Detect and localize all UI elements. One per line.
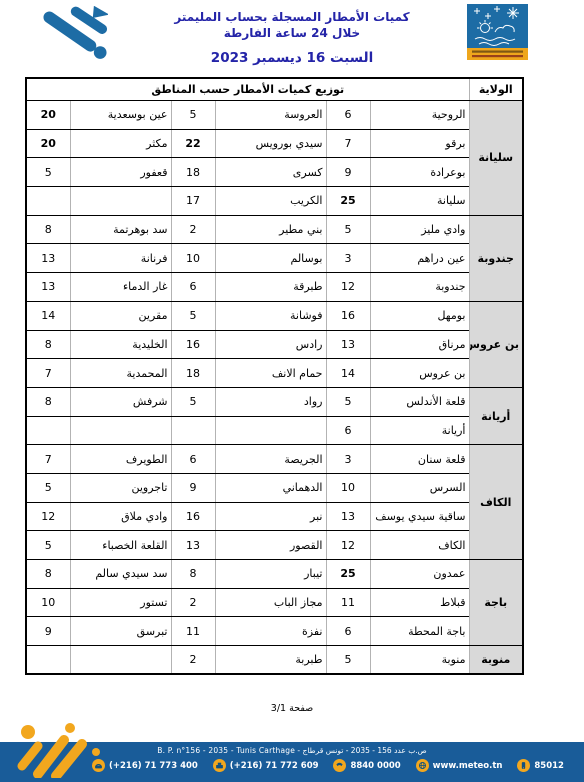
rain-value-cell [26,646,70,675]
rain-value-cell: 8 [26,330,70,359]
rain-value-cell: 18 [171,158,215,187]
region-name-cell: رادس [215,330,326,359]
rain-value-cell: 17 [171,187,215,216]
contact-item: www.meteo.tn [416,759,503,772]
table-row: ساقية سيدي يوسف13نبر16وادي ملاق12 [26,502,523,531]
region-name-cell: قلعة الأندلس [370,387,469,416]
wilaya-cell: جندوبة [469,215,523,301]
region-name-cell: فوشانة [215,301,326,330]
region-name-cell: نبر [215,502,326,531]
rain-value-cell: 2 [171,215,215,244]
rain-value-cell: 14 [326,359,370,388]
rain-value-cell: 6 [326,416,370,445]
rain-value-cell: 20 [26,101,70,130]
region-name-cell: قلعة سنان [370,445,469,474]
wilaya-cell: بن عروس [469,301,523,387]
table-row: بن عروس14حمام الانف18المحمدية7 [26,359,523,388]
fax-icon [213,759,226,772]
region-name-cell [70,416,171,445]
rain-value-cell: 3 [326,244,370,273]
region-name-cell: الروحية [370,101,469,130]
rain-value-cell: 16 [171,502,215,531]
region-name-cell: غار الدماء [70,273,171,302]
region-name-cell: منوبة [370,646,469,675]
distribution-column-header: توزيع كميات الأمطار حسب المناطق [26,78,469,101]
region-name-cell: سد بوهرتمة [70,215,171,244]
rain-value-cell: 9 [326,158,370,187]
rain-value-cell: 10 [326,473,370,502]
rain-value-cell: 22 [171,129,215,158]
region-name-cell: بني مطير [215,215,326,244]
region-name-cell: ساقية سيدي يوسف [370,502,469,531]
rain-value-cell: 12 [326,531,370,560]
rain-value-cell: 5 [171,101,215,130]
rain-value-cell: 5 [26,158,70,187]
region-name-cell: الدهماني [215,473,326,502]
rain-value-cell: 7 [326,129,370,158]
region-name-cell: القلعة الخصباء [70,531,171,560]
report-title-line2: خلال 24 ساعة الفارطة [0,25,584,41]
region-name-cell: المحمدية [70,359,171,388]
rain-value-cell: 2 [171,588,215,617]
region-name-cell: مكثر [70,129,171,158]
region-name-cell: بومهل [370,301,469,330]
region-name-cell: تبرسق [70,617,171,646]
rain-value-cell: 11 [326,588,370,617]
report-date: السبت 16 ديسمبر 2023 [0,50,584,66]
region-name-cell: الكريب [215,187,326,216]
region-name-cell: رواد [215,387,326,416]
rain-value-cell: 5 [171,387,215,416]
contact-value: (+216) 71 773 400 [109,761,198,771]
wilaya-cell: منوبة [469,646,523,675]
region-name-cell: القصور [215,531,326,560]
rain-value-cell: 20 [26,129,70,158]
region-name-cell: بن عروس [370,359,469,388]
footer-wave-logo-icon [12,722,116,778]
region-name-cell: الجريصة [215,445,326,474]
handset-icon [333,759,346,772]
region-name-cell: الكاف [370,531,469,560]
rain-value-cell: 13 [26,273,70,302]
rain-value-cell: 13 [171,531,215,560]
rain-value-cell: 5 [171,301,215,330]
wilaya-cell: سليانة [469,101,523,216]
contact-item: 85012 [517,759,564,772]
rain-value-cell: 10 [171,244,215,273]
rain-value-cell: 12 [26,502,70,531]
region-name-cell: وادي مليز [370,215,469,244]
region-name-cell: سيدي بورويس [215,129,326,158]
region-name-cell: عين بوسعدية [70,101,171,130]
rain-value-cell [26,416,70,445]
table-row: عين دراهم3بوسالم10فرنانة13 [26,244,523,273]
wilaya-cell: أريانة [469,387,523,444]
rain-value-cell: 13 [326,330,370,359]
rain-value-cell: 5 [26,531,70,560]
rain-value-cell: 6 [326,617,370,646]
table-row: أريانةقلعة الأندلس5رواد5شرفش8 [26,387,523,416]
table-row: الكاف12القصور13القلعة الخصباء5 [26,531,523,560]
region-name-cell: مقرين [70,301,171,330]
region-name-cell: مرناق [370,330,469,359]
region-name-cell: عين دراهم [370,244,469,273]
table-row: بن عروسبومهل16فوشانة5مقرين14 [26,301,523,330]
rain-value-cell: 3 [326,445,370,474]
region-name-cell: نفزة [215,617,326,646]
region-name-cell [70,646,171,675]
table-row: بوعرادة9كسرى18قعفور5 [26,158,523,187]
rain-value-cell: 11 [171,617,215,646]
region-name-cell: مجاز الباب [215,588,326,617]
table-row: مرناق13رادس16الخليدية8 [26,330,523,359]
region-name-cell: سليانة [370,187,469,216]
report-header: كميات الأمطار المسجلة بحساب المليمتر خلا… [0,9,584,66]
region-name-cell: فرنانة [70,244,171,273]
rain-value-cell: 10 [26,588,70,617]
globe-icon [416,759,429,772]
region-name-cell: باجة المحطة [370,617,469,646]
region-name-cell: عمدون [370,560,469,589]
table-header-row: الولاية توزيع كميات الأمطار حسب المناطق [26,78,523,101]
region-name-cell: طبرقة [215,273,326,302]
table-row: سليانةالروحية6العروسة5عين بوسعدية20 [26,101,523,130]
contact-item: 8840 0000 [333,759,400,772]
rain-value-cell: 5 [326,387,370,416]
rain-value-cell: 8 [26,215,70,244]
rain-value-cell: 14 [26,301,70,330]
rain-table-body: سليانةالروحية6العروسة5عين بوسعدية20برقو7… [26,101,523,675]
region-name-cell: وادي ملاق [70,502,171,531]
region-name-cell: طبربة [215,646,326,675]
region-name-cell: برقو [370,129,469,158]
rain-value-cell: 6 [171,273,215,302]
contact-value: (+216) 71 772 609 [230,761,319,771]
region-name-cell: العروسة [215,101,326,130]
table-row: الكافقلعة سنان3الجريصة6الطويرف7 [26,445,523,474]
region-name-cell: قبلاط [370,588,469,617]
table-row: أريانة6 [26,416,523,445]
region-name-cell: الطويرف [70,445,171,474]
table-row: باجة المحطة6نفزة11تبرسق9 [26,617,523,646]
wilaya-cell: الكاف [469,445,523,560]
region-name-cell: أريانة [370,416,469,445]
rain-value-cell [26,187,70,216]
page-number: صفحة 3/1 [0,703,584,714]
rain-value-cell: 6 [326,101,370,130]
region-name-cell: جندوبة [370,273,469,302]
region-name-cell: شرفش [70,387,171,416]
table-row: جندوبةوادي مليز5بني مطير2سد بوهرتمة8 [26,215,523,244]
region-name-cell [70,187,171,216]
rain-value-cell: 8 [26,560,70,589]
region-name-cell: حمام الانف [215,359,326,388]
rain-value-cell: 12 [326,273,370,302]
rain-value-cell: 13 [326,502,370,531]
table-row: جندوبة12طبرقة6غار الدماء13 [26,273,523,302]
region-name-cell: الخليدية [70,330,171,359]
wilaya-cell: باجة [469,560,523,646]
rain-value-cell: 2 [171,646,215,675]
rain-value-cell: 8 [26,387,70,416]
region-name-cell: قعفور [70,158,171,187]
rain-value-cell: 16 [326,301,370,330]
rain-value-cell: 18 [171,359,215,388]
rain-value-cell: 7 [26,445,70,474]
rain-value-cell: 5 [326,646,370,675]
table-row: باجةعمدون25تيبار8سد سيدي سالم8 [26,560,523,589]
contact-value: www.meteo.tn [433,761,503,771]
wilaya-column-header: الولاية [469,78,523,101]
region-name-cell: بوعرادة [370,158,469,187]
region-name-cell: سد سيدي سالم [70,560,171,589]
region-name-cell: تستور [70,588,171,617]
rain-value-cell: 5 [326,215,370,244]
table-row: سليانة25الكريب17 [26,187,523,216]
rain-value-cell: 9 [26,617,70,646]
mobile-icon [517,759,530,772]
region-name-cell: تاجروين [70,473,171,502]
region-name-cell: السرس [370,473,469,502]
region-name-cell: بوسالم [215,244,326,273]
rain-value-cell: 8 [171,560,215,589]
rain-value-cell: 7 [26,359,70,388]
region-name-cell: تيبار [215,560,326,589]
table-row: منوبةمنوبة5طبربة2 [26,646,523,675]
rain-value-cell: 25 [326,560,370,589]
table-row: السرس10الدهماني9تاجروين5 [26,473,523,502]
rain-value-cell: 25 [326,187,370,216]
table-row: برقو7سيدي بورويس22مكثر20 [26,129,523,158]
rain-value-cell: 9 [171,473,215,502]
report-title-line1: كميات الأمطار المسجلة بحساب المليمتر [0,9,584,25]
rainfall-table: الولاية توزيع كميات الأمطار حسب المناطق … [25,77,524,675]
contact-item: (+216) 71 772 609 [213,759,319,772]
region-name-cell [215,416,326,445]
rain-value-cell: 13 [26,244,70,273]
contact-value: 85012 [534,761,564,771]
rain-value-cell: 16 [171,330,215,359]
table-row: قبلاط11مجاز الباب2تستور10 [26,588,523,617]
rain-value-cell: 6 [171,445,215,474]
contact-value: 8840 0000 [350,761,400,771]
rain-value-cell [171,416,215,445]
region-name-cell: كسرى [215,158,326,187]
rain-value-cell: 5 [26,473,70,502]
